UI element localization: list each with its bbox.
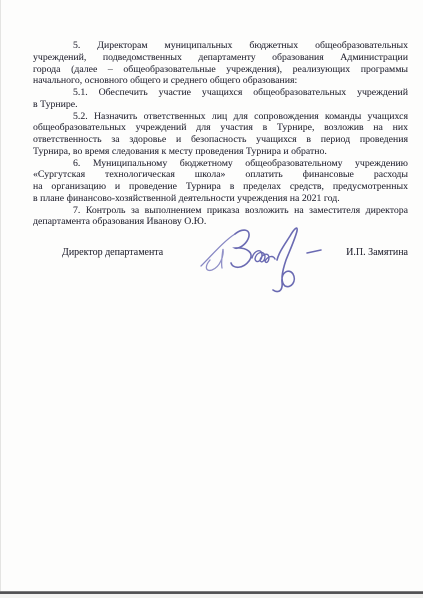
document-line: города (далее – общеобразовательные учре… [33,64,408,76]
document-line: в плане финансово-хозяйственной деятельн… [33,193,408,205]
document-line: общеобразовательных учреждений для участ… [33,122,408,134]
document-line: 5. Директорам муниципальных бюджетных об… [33,40,408,52]
document-line: в Турнире. [33,99,408,111]
document-line: начального, основного общего и среднего … [33,75,408,87]
document-line: учреждений, подведомственных департамент… [33,52,408,64]
document-line: 6. Муниципальному бюджетному общеобразов… [33,158,408,170]
document-line: 5.2. Назначить ответственных лиц для соп… [33,111,408,123]
document-line: 5.1. Обеспечить участие учащихся общеобр… [33,87,408,99]
document-line: на организацию и проведение Турнира в пр… [33,181,408,193]
signer-name: И.П. Замятина [346,247,408,258]
document-line: «Сургутская технологическая школа» оплат… [33,169,408,181]
scan-below-edge [0,594,423,598]
scan-left-edge [0,0,1,598]
document-line: 7. Контроль за выполнением приказа возло… [33,205,408,217]
document-line: ответственность за здоровье и безопаснос… [33,134,408,146]
document-line: Турнира, во время следования к месту про… [33,146,408,158]
document-body: 5. Директорам муниципальных бюджетных об… [33,40,408,228]
handwritten-signature-icon [194,219,332,297]
signer-title: Директор департамента [62,247,163,258]
scanned-document-page: 5. Директорам муниципальных бюджетных об… [0,0,423,598]
